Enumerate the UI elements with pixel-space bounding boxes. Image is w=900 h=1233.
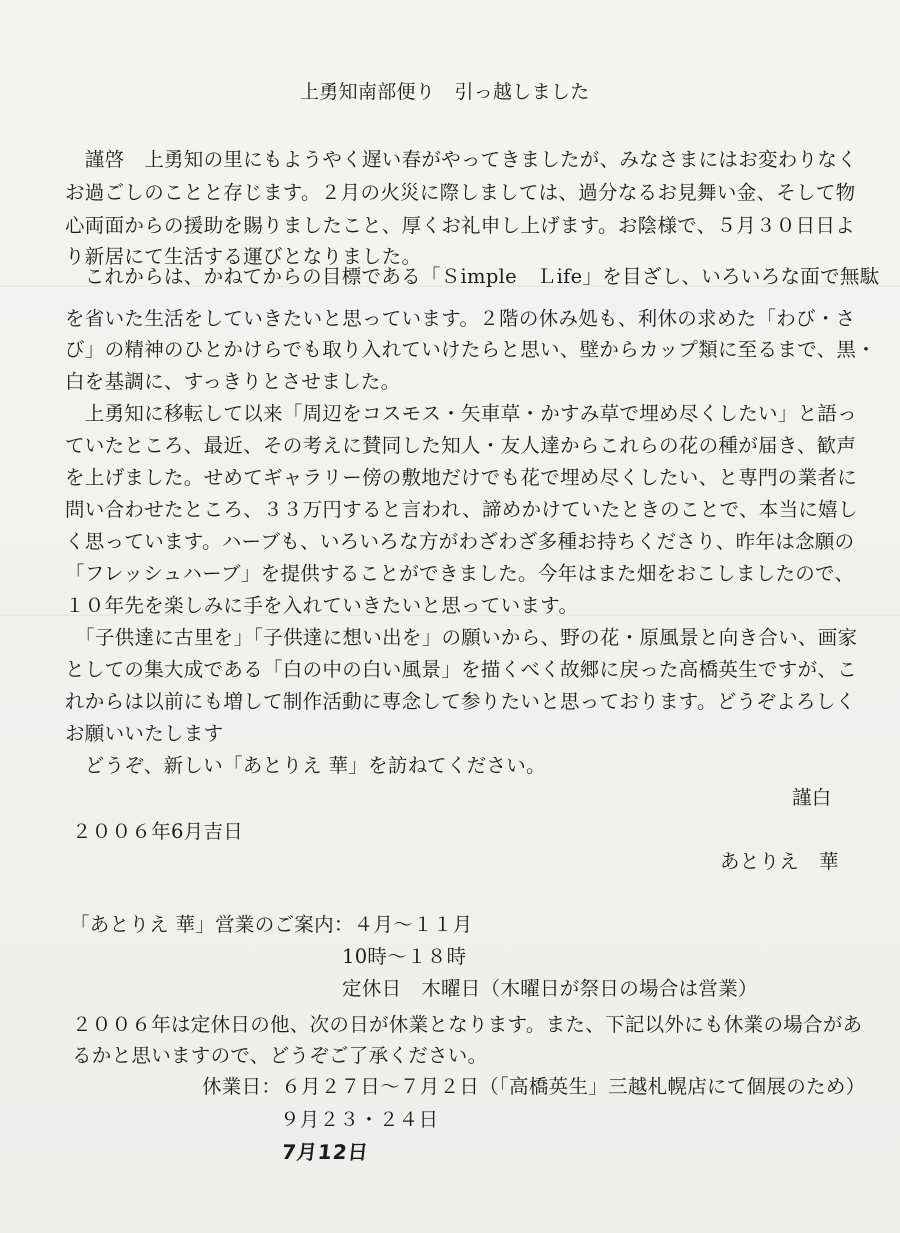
business-closed-day: 定休日 木曜日（木曜日が祭日の場合は営業） [342, 977, 758, 1001]
business-hours-season: 「あとりえ 華」営業のご案内：４月〜１１月 [70, 913, 473, 937]
letter-signature: あとりえ 華 [720, 850, 839, 874]
paragraph-line: １０年先を楽しみに手を入れていきたいと思っています。 [65, 594, 578, 618]
paragraph-line: 問い合わせたところ、３３万円すると言われ、諦めかけていたときのことで、本当に嬉し [65, 498, 858, 522]
paragraph-line: お過ごしのことと存じます。２月の火災に際しましては、過分なるお見舞い金、そして物 [65, 181, 855, 205]
paragraph-line: 白を基調に、すっきりとさせました。 [65, 370, 400, 394]
holiday-line: 休業日：６月２７日〜７月２日（「高橋英生」三越札幌店にて個展のため） [202, 1075, 865, 1099]
paragraph-line: お願いいたします [65, 722, 223, 746]
paragraph-line: 「子供達に古里を」「子供達に想い出を」の願いから、野の花・原風景と向き合い、画家 [65, 626, 857, 650]
closing-salutation: 謹白 [792, 786, 832, 810]
notice-line: ２００６年は定休日の他、次の日が休業となります。また、下記以外にも休業の場合があ [72, 1013, 862, 1037]
paragraph-line: 上勇知に移転して以来「周辺をコスモス・矢車草・かすみ草で埋め尽くしたい」と語っ [65, 402, 857, 426]
paragraph-line: び」の精神のひとかけらでも取り入れていけたらと思い、壁からカップ類に至るまで、黒… [65, 338, 876, 362]
paragraph-line: 謹啓 上勇知の里にもようやく遅い春がやってきましたが、みなさまにはお変わりなく [65, 148, 857, 172]
paragraph-line: これからは、かねてからの目標である「Ｓimple Ｌife」を目ざし、いろいろな… [65, 265, 880, 289]
holiday-line: ９月２３・２４日 [280, 1108, 438, 1132]
paragraph-line: どうぞ、新しい「あとりえ 華」を訪ねてください。 [65, 754, 546, 778]
letter-date: ２００６年6月吉日 [72, 820, 243, 844]
paragraph-line: 「フレッシュハーブ」を提供することができました。今年はまた畑をおこしましたので、 [65, 562, 854, 586]
paragraph-line: れからは以前にも増して制作活動に専念して参りたいと思っております。どうぞよろしく [65, 690, 855, 714]
notice-line: るかと思いますので、どうぞご了承ください。 [72, 1044, 487, 1068]
paragraph-line: く思っています。ハーブも、いろいろな方がわざわざ多種お持ちくださり、昨年は念願の [65, 530, 854, 554]
paragraph-line: を上げました。せめてギャラリー傍の敷地だけでも花で埋め尽くしたい、と専門の業者に [65, 466, 857, 490]
paragraph-line: ていたところ、最近、その考えに賛同した知人・友人達からこれらの花の種が届き、歓声 [65, 434, 856, 458]
letter-title: 上勇知南部便り 引っ越しました [300, 80, 590, 104]
handwritten-note: 7月12日 [281, 1140, 370, 1164]
paragraph-line: としての集大成である「白の中の白い風景」を描くべく故郷に戻った高橋英生ですが、こ [65, 658, 857, 682]
scanned-letter: 上勇知南部便り 引っ越しました 謹啓 上勇知の里にもようやく遅い春がやってきまし… [0, 0, 900, 1233]
paragraph-line: を省いた生活をしていきたいと思っています。２階の休み処も、利休の求めた「わび・さ [65, 307, 855, 331]
business-hours-time: 10時〜１８時 [342, 945, 466, 969]
paragraph-line: 心両面からの援助を賜りましたこと、厚くお礼申し上げます。お陰様で、５月３０日日よ [65, 214, 855, 238]
